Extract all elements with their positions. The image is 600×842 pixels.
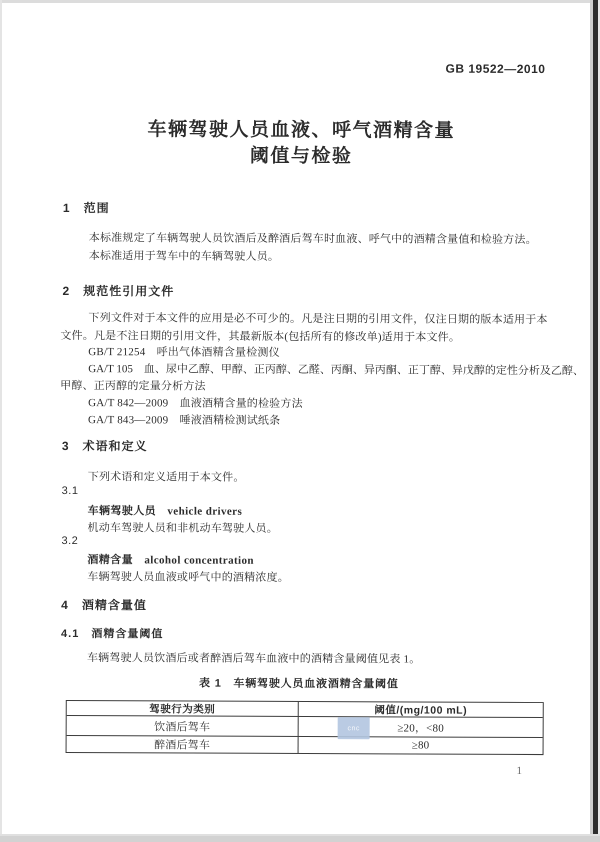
cell-drink-driving-value: ≥20，<80 xyxy=(299,718,543,735)
reference-gat105-line1: GA/T 105 血、尿中乙醇、甲醇、正丙醇、乙醛、丙酮、异丙酮、正丁醇、异戊醇… xyxy=(88,360,584,378)
table-row-drunk-driving: 醉酒后驾车 ≥80 xyxy=(67,736,543,754)
term1-number: 3.1 xyxy=(62,485,79,497)
cell-drunk-driving-value: ≥80 xyxy=(299,739,543,752)
standard-code: GB 19522—2010 xyxy=(446,62,546,76)
table1: 驾驶行为类别 阈值/(mg/100 mL) 饮酒后驾车 ≥20，<80 醉酒后驾… xyxy=(66,700,544,755)
reference-gat843: GA/T 843—2009 唾液酒精检测试纸条 xyxy=(88,411,280,428)
table-row-drink-driving: 饮酒后驾车 ≥20，<80 xyxy=(67,716,543,738)
section4-heading: 4 酒精含量值 xyxy=(61,596,147,613)
section3-intro: 下列术语和定义适用于本文件。 xyxy=(88,468,245,485)
term2-title: 酒精含量 alcohol concentration xyxy=(87,551,254,568)
cell-drink-driving-label: 饮酒后驾车 xyxy=(67,716,299,736)
section4-1-paragraph: 车辆驾驶人员饮酒后或者醉酒后驾车血液中的酒精含量阈值见表 1。 xyxy=(87,649,421,666)
section4-1-heading: 4.1 酒精含量阈值 xyxy=(61,625,163,641)
watermark-badge: cnc xyxy=(338,717,370,739)
section2-intro-line2: 文件。凡是不注日期的引用文件，其最新版本(包括所有的修改单)适用于本文件。 xyxy=(60,327,460,345)
section1-paragraph2: 本标准适用于驾车中的车辆驾驶人员。 xyxy=(89,247,279,264)
table-header-behavior-category: 驾驶行为类别 xyxy=(67,701,299,716)
reference-gat842: GA/T 842—2009 血液酒精含量的检验方法 xyxy=(88,394,303,411)
term2-definition: 车辆驾驶人员血液或呼气中的酒精浓度。 xyxy=(87,568,289,585)
table-header-threshold: 阈值/(mg/100 mL) xyxy=(299,701,543,717)
document-title-line1: 车辆驾驶人员血液、呼气酒精含量 xyxy=(1,114,600,144)
section2-intro-line1: 下列文件对于本文件的应用是必不可少的。凡是注日期的引用文件，仅注日期的版本适用于… xyxy=(88,309,547,327)
term1-definition: 机动车驾驶人员和非机动车驾驶人员。 xyxy=(88,519,278,536)
section3-heading: 3 术语和定义 xyxy=(62,437,148,454)
section2-heading: 2 规范性引用文件 xyxy=(63,282,175,299)
term1-title: 车辆驾驶人员 vehicle drivers xyxy=(88,502,243,519)
reference-gat105-line2: 甲醇、正丙醇的定量分析方法 xyxy=(60,377,206,394)
section1-paragraph1: 本标准规定了车辆驾驶人员饮酒后及醉酒后驾车时血液、呼气中的酒精含量值和检验方法。 xyxy=(89,229,537,247)
scanned-standard-page: { "page": { "standard_code": "GB 19522—2… xyxy=(0,0,600,842)
document-page: GB 19522—2010 车辆驾驶人员血液、呼气酒精含量 阈值与检验 1 范围… xyxy=(0,0,600,842)
document-title-line2: 阈值与检验 xyxy=(1,140,600,170)
term2-number: 3.2 xyxy=(61,535,78,547)
reference-gbt21254: GB/T 21254 呼出气体酒精含量检测仪 xyxy=(88,343,280,360)
scan-edge-top xyxy=(0,0,600,3)
section1-heading: 1 范围 xyxy=(63,199,110,216)
page-number: 1 xyxy=(516,765,522,777)
scan-edge-left xyxy=(0,0,2,842)
scan-edge-bottom xyxy=(0,836,600,842)
cell-drunk-driving-label: 醉酒后驾车 xyxy=(67,736,299,753)
table1-caption: 表 1 车辆驾驶人员血液酒精含量阈值 xyxy=(0,674,599,693)
